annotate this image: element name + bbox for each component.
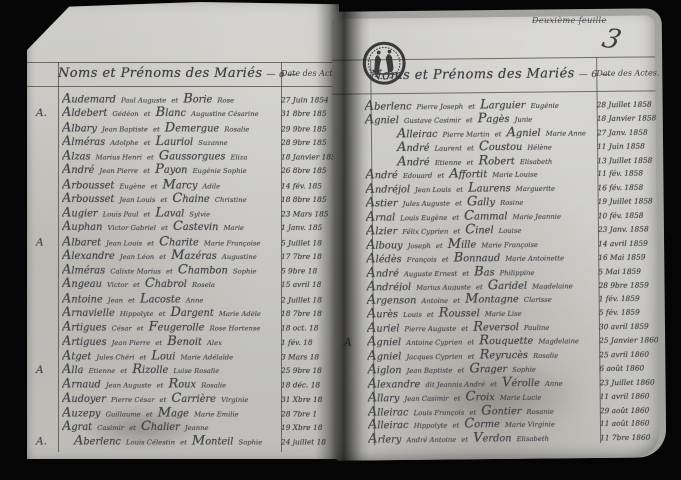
register-row: A Alla Etienne et Rizolle Luise Rosalie …: [27, 361, 339, 375]
register-row: Audoyer Pierre César et Carrière Virgini…: [27, 390, 339, 404]
husband-given-names: Calixte Marius: [110, 267, 161, 275]
husband-given-names: Etienne: [435, 158, 462, 166]
husband-given-names: Adolphe: [110, 139, 138, 147]
register-row: Arbousset Jean Louis et Chaine Christine…: [27, 190, 339, 204]
names-cell: Alla Etienne et Rizolle Luise Rosalie: [62, 361, 277, 375]
conjunction: et: [467, 158, 474, 166]
husband-given-names: Jean: [108, 296, 123, 304]
wife-surname: Mazéras: [171, 249, 217, 261]
wife-surname: Castevin: [173, 220, 219, 232]
names-cell: Alexandre dit Jeannis André et Vérolle A…: [367, 373, 595, 390]
husband-given-names: Auguste Ernest: [404, 269, 457, 278]
act-date: 17 7bre 18: [277, 250, 339, 261]
act-date: 1 Janv. 185: [277, 221, 339, 232]
wife-surname: Charite: [159, 235, 199, 247]
column-header-names: Noms et Prénoms des Mariés— o —: [58, 62, 281, 86]
wife-given-names: Junie: [515, 116, 533, 124]
husband-surname: Alméras: [62, 263, 105, 275]
wife-surname: Gaussorgues: [159, 149, 226, 161]
wife-given-names: Anne: [545, 379, 563, 387]
wife-given-names: Rosanie: [526, 407, 553, 415]
husband-given-names: Etienne: [89, 367, 116, 375]
names-cell: Alexandre Jean Léon et Mazéras Augustine: [62, 247, 277, 261]
conjunction: et: [458, 366, 465, 374]
conjunction: et: [469, 408, 476, 416]
husband-given-names: Joseph: [408, 242, 431, 250]
wife-given-names: Augustine Césarine: [191, 110, 259, 118]
wife-given-names: Jeanne: [185, 424, 209, 432]
wife-given-names: Magdelaine: [538, 337, 579, 345]
husband-surname: André: [62, 163, 94, 175]
husband-given-names: Pierre Auguste: [404, 325, 456, 334]
left-page: Noms et Prénoms des Mariés— o — Date des…: [27, 2, 339, 459]
wife-given-names: Marie Emilie: [194, 410, 239, 418]
husband-surname: Aiglon: [367, 363, 401, 376]
husband-surname: Argenson: [367, 294, 417, 307]
wife-surname: Chabrol: [145, 277, 187, 289]
names-header-label: Noms et Prénoms des Mariés: [58, 66, 262, 81]
wife-given-names: Pauline: [524, 324, 550, 332]
conjunction: et: [455, 200, 462, 208]
conjunction: et: [453, 297, 460, 305]
act-date: 24 juillet 18: [277, 436, 339, 447]
wife-given-names: Sylvie: [189, 210, 210, 218]
names-cell: André Auguste Ernest et Bas Philippine: [366, 262, 594, 279]
column-header-names: Noms et Prénoms des Mariés— 6 —: [370, 57, 596, 93]
wife-given-names: Virginie: [221, 396, 248, 404]
conjunction: et: [427, 311, 434, 319]
husband-given-names: Casimir: [97, 424, 124, 432]
husband-surname: Auriel: [367, 322, 400, 335]
conjunction: et: [461, 436, 468, 444]
wife-given-names: Augustine: [222, 253, 257, 261]
wife-given-names: Marie Françoise: [204, 239, 261, 247]
conjunction: et: [166, 267, 173, 275]
conjunction: et: [468, 103, 475, 111]
wife-given-names: Rose: [217, 96, 234, 104]
wife-surname: Gontier: [481, 404, 521, 418]
husband-given-names: Jules Auguste: [403, 200, 450, 208]
register-row: Artigues César et Feugerolle Rose Horten…: [27, 319, 339, 333]
wife-surname: Chalier: [141, 420, 180, 432]
register-row: A. Aldebert Gédéon et Blanc Augustine Cé…: [27, 104, 339, 118]
conjunction: et: [146, 410, 153, 418]
husband-surname: Albouy: [366, 238, 403, 251]
conjunction: et: [436, 242, 443, 250]
husband-given-names: Pierre César: [111, 396, 154, 404]
act-date: 31 8bre 185: [277, 107, 339, 118]
husband-surname: André: [366, 266, 399, 279]
names-cell: Auriel Pierre Auguste et Reversol Paulin…: [367, 318, 595, 335]
act-date: 19 Xbre 18: [277, 421, 339, 432]
husband-given-names: Pierre Martin: [443, 130, 490, 138]
husband-given-names: Laurent: [435, 144, 462, 152]
husband-given-names: André Antoine: [406, 436, 456, 445]
wife-given-names: Louise: [499, 227, 522, 235]
wife-given-names: Rosalie: [533, 352, 558, 360]
husband-given-names: Jean Louis: [106, 239, 142, 247]
wife-given-names: Marie Virginie: [505, 421, 555, 430]
conjunction: et: [467, 338, 474, 346]
husband-surname: Atget: [62, 349, 91, 361]
husband-surname: Arbousset: [62, 178, 114, 190]
husband-given-names: Pierre Joseph: [417, 103, 464, 111]
conjunction: et: [155, 339, 162, 347]
conjunction: et: [133, 281, 140, 289]
names-cell: Arnavielle Hippolyte et Dargent Marie Ad…: [62, 304, 277, 318]
register-row: Auzepy Guillaume et Mage Marie Emilie 28…: [27, 404, 339, 418]
husband-surname: Albaret: [62, 235, 101, 247]
act-date: 25 9bre 18: [277, 364, 339, 375]
register-row: Alméras Calixte Marius et Chambon Sophie…: [27, 261, 339, 275]
act-date: 1 fév. 18: [277, 336, 339, 347]
conjunction: et: [147, 239, 154, 247]
wife-given-names: Rose Hortense: [210, 325, 261, 333]
wife-given-names: Marie: [224, 224, 244, 232]
wife-given-names: Adile: [202, 182, 220, 190]
wife-surname: Chaine: [172, 192, 209, 204]
husband-given-names: Jean Casimir: [404, 394, 448, 402]
act-date: 5 Juillet 18: [277, 236, 339, 247]
husband-given-names: Jacques Cyprien: [406, 353, 462, 362]
wife-surname: Mille: [448, 237, 477, 250]
husband-surname: Alzier: [366, 224, 397, 237]
husband-surname: Alzas: [62, 149, 91, 161]
wife-surname: Borie: [183, 92, 212, 104]
husband-surname: Audemard: [62, 92, 116, 104]
husband-surname: Aldebert: [62, 106, 107, 118]
act-date: 18 7bre 18: [277, 307, 339, 318]
names-cell: Albary Jean Baptiste et Demergue Rosalie: [62, 119, 277, 133]
wife-given-names: Sophie: [512, 366, 536, 374]
wife-given-names: Suzanne: [198, 139, 227, 147]
names-cell: Arnal Louis Eugène et Cammal Marie Jeann…: [366, 206, 594, 223]
husband-surname: Agniel: [365, 113, 399, 126]
husband-surname: Alleirac: [397, 127, 438, 140]
register-row: Agrat Casimir et Chalier Jeanne 19 Xbre …: [27, 418, 339, 432]
conjunction: et: [461, 325, 468, 333]
husband-surname: Astier: [366, 196, 398, 209]
conjunction: et: [171, 96, 178, 104]
husband-given-names: Edouard: [403, 172, 433, 180]
wife-given-names: Rosela: [192, 281, 215, 289]
wife-given-names: Anne: [186, 296, 204, 304]
husband-given-names: dit Jeannis André: [425, 380, 485, 389]
act-date: 15 avril 18: [277, 278, 339, 289]
husband-surname: Alla: [62, 363, 84, 375]
husband-given-names: Jean Pierre: [112, 339, 151, 347]
husband-given-names: Jean Auguste: [106, 382, 152, 390]
husband-given-names: François: [407, 255, 437, 263]
act-date: 5 9bre 18: [277, 264, 339, 275]
names-cell: Alméras Adolphe et Lauriol Suzanne: [62, 133, 277, 147]
husband-surname: Alméras: [62, 135, 105, 147]
husband-surname: Aberlenc: [365, 99, 412, 112]
margin-mark: A: [335, 337, 367, 348]
page-stack-edge: Noms et Prénoms des Mariés— 6 — Date des…: [332, 8, 667, 460]
register-scan: Noms et Prénoms des Mariés— o — Date des…: [0, 0, 681, 480]
act-date: 18 déc. 18: [277, 379, 339, 390]
wife-given-names: Elisabeth: [520, 157, 552, 165]
conjunction: et: [144, 110, 151, 118]
husband-surname: Artigues: [62, 321, 107, 333]
husband-surname: Aurès: [367, 307, 398, 320]
conjunction: et: [452, 214, 459, 222]
wife-surname: Demergue: [165, 121, 219, 133]
act-date: 3 Mars 18: [277, 350, 339, 361]
conjunction: et: [161, 196, 168, 204]
wife-surname: Benoit: [167, 335, 202, 347]
register-row: A Albaret Jean Louis et Charite Marie Fr…: [27, 233, 339, 247]
wife-surname: Lacoste: [140, 292, 181, 304]
act-date: 26 8bre 185: [277, 164, 339, 175]
names-cell: Arbousset Eugène et Marcy Adile: [62, 176, 277, 190]
margin-mark: A: [27, 363, 62, 375]
husband-surname: Agrat: [62, 420, 92, 432]
names-cell: André Etienne et Robert Elisabeth: [365, 151, 593, 168]
wife-given-names: Marie Lucie: [500, 393, 542, 401]
wife-surname: Mage: [158, 406, 189, 418]
husband-surname: Auzepy: [62, 406, 100, 418]
wife-given-names: Eliza: [231, 153, 248, 161]
act-date: 11 7bre 1860: [596, 431, 659, 445]
register-row: Antoine Jean et Lacoste Anne 2 Juillet 1…: [27, 290, 339, 304]
husband-surname: André: [397, 140, 430, 153]
register-row: Arlery André Antoine et Verdon Elisabeth…: [336, 428, 659, 445]
names-header-label: Noms et Prénoms des Mariés: [370, 66, 575, 83]
column-header-dates: Date des Actes.: [596, 56, 655, 91]
wife-surname: Marcy: [163, 178, 198, 190]
names-cell: André Jean Pierre et Payon Eugénie Sophi…: [62, 161, 277, 175]
husband-given-names: Jean Louis: [415, 186, 451, 194]
husband-given-names: Louis: [403, 311, 422, 319]
conjunction: et: [143, 210, 150, 218]
husband-given-names: Louis Paul: [103, 210, 139, 218]
husband-surname: Agniel: [367, 335, 401, 348]
register-row: Alméras Adolphe et Lauriol Suzanne 28 9b…: [27, 133, 339, 147]
act-date: 23 Mars 185: [277, 207, 339, 218]
conjunction: et: [157, 382, 164, 390]
husband-surname: Andréjol: [365, 183, 410, 196]
husband-given-names: Louis François: [414, 408, 465, 417]
names-cell: Albouy Joseph et Mille Marie Françoise: [366, 234, 594, 251]
conjunction: et: [160, 396, 167, 404]
register-row: André Jean Pierre et Payon Eugénie Sophi…: [27, 161, 339, 175]
husband-surname: Antoine: [62, 292, 103, 304]
husband-surname: Arnavielle: [62, 306, 115, 318]
husband-given-names: Jean Léon: [120, 253, 154, 261]
wife-given-names: Marie Anne: [546, 129, 586, 137]
conjunction: et: [161, 224, 168, 232]
husband-surname: Alexandre: [62, 249, 115, 261]
names-cell: Albaret Jean Louis et Charite Marie Fran…: [62, 233, 277, 247]
husband-surname: Andréjol: [366, 280, 411, 293]
conjunction: et: [144, 139, 151, 147]
names-cell: Artigues César et Feugerolle Rose Horten…: [62, 319, 277, 333]
wife-given-names: Eugénie: [531, 102, 559, 110]
wife-surname: Chambon: [178, 263, 228, 275]
husband-surname: Arbousset: [62, 192, 114, 204]
conjunction: et: [466, 116, 473, 124]
wife-surname: Reversol: [473, 320, 519, 334]
wife-given-names: Rosalie: [201, 382, 226, 390]
names-cell: Arbousset Jean Louis et Chaine Christine: [62, 190, 277, 204]
act-date: 31 Xbre 18: [277, 393, 339, 404]
conjunction: et: [147, 153, 154, 161]
wife-surname: Cammal: [464, 209, 508, 223]
wife-given-names: Philippine: [500, 269, 535, 277]
wife-given-names: Eugénie Sophie: [193, 167, 247, 175]
husband-surname: Alexandre: [367, 377, 420, 390]
conjunction: et: [129, 424, 136, 432]
husband-surname: Arlery: [368, 433, 401, 446]
names-cell: Audoyer Pierre César et Carrière Virgini…: [62, 390, 277, 404]
husband-given-names: Marius Henri: [96, 153, 142, 161]
conjunction: et: [452, 422, 459, 430]
wife-surname: Monteil: [192, 435, 234, 447]
husband-surname: Allary: [368, 391, 400, 404]
conjunction: et: [442, 255, 449, 263]
header-rule-bottom: [27, 86, 339, 87]
husband-given-names: Gédéon: [112, 110, 138, 118]
names-cell: Aldebert Gédéon et Blanc Augustine César…: [62, 104, 277, 118]
wife-surname: Vérolle: [502, 376, 540, 390]
husband-surname: Albary: [62, 121, 97, 133]
names-cell: Argenson Antoine et Montagne Clarisse: [367, 290, 595, 307]
wife-surname: Larguier: [480, 98, 526, 112]
names-cell: Aberlenc Louis Célestin et Monteil Sophi…: [62, 433, 277, 447]
conjunction: et: [454, 394, 461, 402]
husband-given-names: Louis Eugène: [400, 214, 447, 222]
husband-given-names: Hippolyte: [414, 422, 448, 430]
wife-given-names: Hélène: [527, 143, 552, 151]
wife-given-names: Alex: [207, 339, 222, 347]
wife-given-names: Sophie: [239, 439, 263, 447]
margin-mark: A.: [27, 106, 62, 118]
wife-surname: Blanc: [156, 106, 186, 118]
husband-given-names: Jules Chéri: [96, 353, 134, 361]
conjunction: et: [120, 367, 127, 375]
register-row: Audemard Paul Auguste et Borie Rose 27 J…: [27, 90, 339, 104]
entries-list-left: Audemard Paul Auguste et Borie Rose 27 J…: [27, 90, 339, 447]
column-header-dates: Date des Actes.: [281, 62, 339, 86]
right-page: Noms et Prénoms des Mariés— 6 — Date des…: [332, 15, 660, 460]
wife-surname: Feugerolle: [149, 321, 205, 333]
wife-surname: Roux: [168, 378, 196, 390]
wife-surname: Robert: [478, 154, 515, 168]
husband-surname: Alleirac: [368, 418, 409, 431]
act-date: 2 Juillet 18: [277, 293, 339, 304]
husband-given-names: Guillaume: [106, 410, 141, 418]
conjunction: et: [180, 439, 187, 447]
margin-mark: A: [27, 235, 62, 247]
register-row: Atget Jules Chéri et Loui Marie Adélaïde…: [27, 347, 339, 361]
register-row: Augier Louis Paul et Laval Sylvie 23 Mar…: [27, 204, 339, 218]
names-cell: Arnaud Jean Auguste et Roux Rosalie: [62, 376, 277, 390]
names-cell: Angeau Victor et Chabrol Rosela: [62, 275, 277, 289]
conjunction: et: [159, 253, 166, 261]
conjunction: et: [467, 144, 474, 152]
husband-given-names: Victor Gabriel: [108, 224, 156, 232]
wife-given-names: Marie Adèle: [219, 310, 261, 318]
husband-surname: Auphan: [62, 220, 102, 232]
wife-given-names: Christine: [215, 196, 247, 204]
wife-surname: Rizolle: [132, 363, 168, 375]
wife-surname: Laval: [155, 206, 184, 218]
act-date: 18 8bre 185: [277, 193, 339, 204]
names-cell: Alleirac Louis François et Gontier Rosan…: [368, 401, 596, 418]
husband-surname: Audoyer: [62, 392, 106, 404]
wife-surname: Payon: [155, 163, 187, 175]
husband-surname: Alédès: [366, 252, 402, 265]
husband-given-names: Jean Louis: [119, 196, 155, 204]
wife-given-names: Marie Françoise: [481, 241, 538, 250]
conjunction: et: [468, 353, 475, 361]
husband-surname: Angeau: [62, 277, 102, 289]
husband-given-names: Jean Baptiste: [102, 125, 148, 133]
act-date: 14 fév. 185: [277, 179, 339, 190]
wife-given-names: Elisabeth: [517, 435, 549, 443]
act-date: 28 7bre 1: [277, 407, 339, 418]
register-row: Artigues Jean Pierre et Benoit Alex 1 fé…: [27, 333, 339, 347]
husband-surname: André: [365, 169, 398, 182]
husband-given-names: Paul Auguste: [121, 96, 166, 104]
names-cell: Andréjol Jean Louis et Laurens Marguerit…: [365, 179, 593, 196]
names-cell: Alméras Calixte Marius et Chambon Sophie: [62, 261, 277, 275]
register-row: Auphan Victor Gabriel et Castevin Marie …: [27, 218, 339, 232]
wife-surname: Reyrucès: [479, 348, 528, 362]
names-cell: Auzepy Guillaume et Mage Marie Emilie: [62, 404, 277, 418]
names-cell: Alleirac Pierre Martin et Agniel Marie A…: [365, 123, 593, 140]
husband-surname: Aberlenc: [74, 435, 121, 447]
names-cell: Atget Jules Chéri et Loui Marie Adélaïde: [62, 347, 277, 361]
husband-surname: Arnaud: [62, 378, 101, 390]
names-cell: Audemard Paul Auguste et Borie Rose: [62, 90, 277, 104]
wife-given-names: Rosalie: [224, 125, 249, 133]
act-date: 29 9bre 185: [277, 122, 339, 133]
register-row: Arnavielle Hippolyte et Dargent Marie Ad…: [27, 304, 339, 318]
names-cell: Antoine Jean et Lacoste Anne: [62, 290, 277, 304]
wife-given-names: Marguerite: [516, 185, 555, 193]
act-date: 28 9bre 185: [277, 136, 339, 147]
names-cell: Augier Louis Paul et Laval Sylvie: [62, 204, 277, 218]
husband-surname: André: [397, 155, 430, 168]
names-cell: Agniel Jacques Cyprien et Reyrucès Rosal…: [367, 345, 595, 362]
handwritten-note: Deuxième feuille: [532, 16, 632, 25]
conjunction: et: [462, 269, 469, 277]
husband-surname: Agniel: [367, 349, 401, 362]
entries-list-right: Aberlenc Pierre Joseph et Larguier Eugén…: [333, 94, 660, 445]
conjunction: et: [453, 227, 460, 235]
register-row: Alexandre Jean Léon et Mazéras Augustine…: [27, 247, 339, 261]
conjunction: et: [143, 167, 150, 175]
wife-surname: Bas: [474, 265, 495, 279]
husband-given-names: Eugène: [119, 182, 145, 190]
husband-given-names: Félix Cyprien: [402, 228, 448, 236]
husband-given-names: César: [112, 325, 132, 333]
conjunction: et: [153, 125, 160, 133]
wife-given-names: Marie Louise: [492, 171, 537, 179]
conjunction: et: [476, 283, 483, 291]
wife-surname: Lauriol: [156, 135, 194, 147]
wife-surname: Carrière: [171, 392, 216, 404]
conjunction: et: [456, 186, 463, 194]
conjunction: et: [490, 380, 497, 388]
wife-surname: Laurens: [468, 182, 511, 196]
register-row: A. Aberlenc Louis Célestin et Monteil So…: [27, 433, 339, 447]
husband-surname: Augier: [62, 206, 98, 218]
act-date: 18 Janvier 185: [277, 150, 339, 161]
